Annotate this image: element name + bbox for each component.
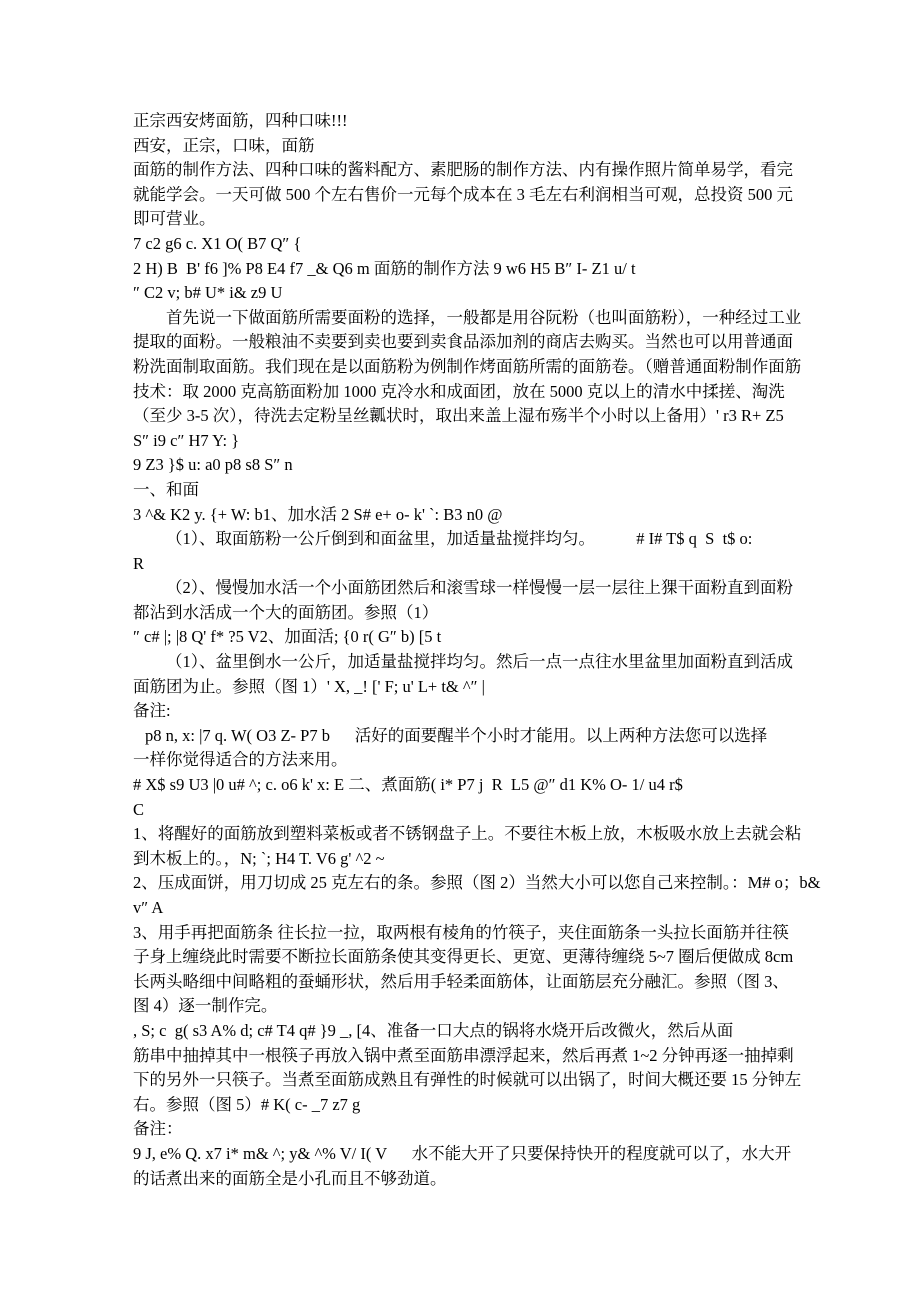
text-line: 提取的面粉。一般粮油不卖要到卖也要到卖食品添加剂的商店去购买。当然也可以用普通面 bbox=[133, 330, 813, 355]
text-line: （1）、盆里倒水一公斤，加适量盐搅拌均匀。然后一点一点往水里盆里加面粉直到活成 bbox=[133, 650, 813, 675]
text-line: 9 Z3 }$ u: a0 p8 s8 S″ n bbox=[133, 453, 813, 478]
text-line: 一、和面 bbox=[133, 478, 813, 503]
document-body: 正宗西安烤面筋，四种口味!!!西安，正宗，口味，面筋面筋的制作方法、四种口味的酱… bbox=[133, 109, 813, 1191]
text-line: 2、压成面饼，用刀切成 25 克左右的条。参照（图 2）当然大小可以您自己来控制… bbox=[133, 871, 813, 896]
text-line: S″ i9 c″ H7 Y: } bbox=[133, 429, 813, 454]
text-line: v″ A bbox=[133, 896, 813, 921]
text-line: 9 J, e% Q. x7 i* m& ^; y& ^% V/ I( V 水不能… bbox=[133, 1142, 813, 1167]
text-line: , S; c g( s3 A% d; c# T4 q# }9 _, [4、准备一… bbox=[133, 1019, 813, 1044]
text-line: R bbox=[133, 552, 813, 577]
text-line: # X$ s9 U3 |0 u# ^; c. o6 k' x: E 二、煮面筋(… bbox=[133, 773, 813, 798]
text-line: 粉洗面制取面筋。我们现在是以面筋粉为例制作烤面筋所需的面筋卷。（赠普通面粉制作面… bbox=[133, 355, 813, 380]
text-line: 都沾到水活成一个大的面筋团。参照（1） bbox=[133, 601, 813, 626]
text-line: 3 ^& K2 y. {+ W: b1、加水活 2 S# e+ o- k' `:… bbox=[133, 503, 813, 528]
text-line: 3、用手再把面筋条 往长拉一拉，取两根有棱角的竹筷子，夹住面筋条一头拉长面筋并往… bbox=[133, 921, 813, 946]
text-line: 图 4）逐一制作完。 bbox=[133, 994, 813, 1019]
text-line: 备注： bbox=[133, 1117, 813, 1142]
text-line: p8 n, x: |7 q. W( O3 Z- P7 b 活好的面要醒半个小时才… bbox=[133, 724, 813, 749]
text-line: 西安，正宗，口味，面筋 bbox=[133, 134, 813, 159]
text-line: 技术：取 2000 克高筋面粉加 1000 克冷水和成面团，放在 5000 克以… bbox=[133, 380, 813, 405]
text-line: ″ c# |; |8 Q' f* ?5 V2、加面活; {0 r( G″ b) … bbox=[133, 625, 813, 650]
document-page: 正宗西安烤面筋，四种口味!!!西安，正宗，口味，面筋面筋的制作方法、四种口味的酱… bbox=[0, 0, 920, 1302]
text-line: 面筋的制作方法、四种口味的酱料配方、素肥肠的制作方法、内有操作照片简单易学，看完 bbox=[133, 158, 813, 183]
text-line: 子身上缠绕此时需要不断拉长面筋条使其变得更长、更宽、更薄待缠绕 5~7 圈后便做… bbox=[133, 945, 813, 970]
text-line: 就能学会。一天可做 500 个左右售价一元每个成本在 3 毛左右利润相当可观，总… bbox=[133, 183, 813, 208]
text-line: 7 c2 g6 c. X1 O( B7 Q″ { bbox=[133, 232, 813, 257]
text-line: 备注: bbox=[133, 699, 813, 724]
text-line: 2 H) B B' f6 ]% P8 E4 f7 _& Q6 m 面筋的制作方法… bbox=[133, 257, 813, 282]
text-line: 首先说一下做面筋所需要面粉的选择，一般都是用谷阮粉（也叫面筋粉），一种经过工业 bbox=[133, 306, 813, 331]
text-line: 下的另外一只筷子。当煮至面筋成熟且有弹性的时候就可以出锅了，时间大概还要 15 … bbox=[133, 1068, 813, 1093]
text-line: C bbox=[133, 798, 813, 823]
text-line: （至少 3-5 次），待洗去定粉呈丝瓤状时，取出来盖上湿布殇半个小时以上备用）'… bbox=[133, 404, 813, 429]
text-line: 正宗西安烤面筋，四种口味!!! bbox=[133, 109, 813, 134]
text-line: 的话煮出来的面筋全是小孔而且不够劲道。 bbox=[133, 1167, 813, 1192]
text-line: 长两头略细中间略粗的蚕蛹形状，然后用手轻柔面筋体，让面筋层充分融汇。参照（图 3… bbox=[133, 970, 813, 995]
text-line: 即可营业。 bbox=[133, 207, 813, 232]
text-line: （2）、慢慢加水活一个小面筋团然后和滚雪球一样慢慢一层一层往上猓干面粉直到面粉 bbox=[133, 576, 813, 601]
text-line: 到木板上的。，N; `; H4 T. V6 g' ^2 ~ bbox=[133, 847, 813, 872]
text-line: （1）、取面筋粉一公斤倒到和面盆里，加适量盐搅拌均匀。 # I# T$ q S … bbox=[133, 527, 813, 552]
text-line: 右。参照（图 5）# K( c- _7 z7 g bbox=[133, 1093, 813, 1118]
text-line: 筋串中抽掉其中一根筷子再放入锅中煮至面筋串漂浮起来，然后再煮 1~2 分钟再逐一… bbox=[133, 1044, 813, 1069]
text-line: 一样你觉得适合的方法来用。 bbox=[133, 748, 813, 773]
text-line: ″ C2 v; b# U* i& z9 U bbox=[133, 281, 813, 306]
text-line: 1、将醒好的面筋放到塑料菜板或者不锈钢盘子上。不要往木板上放，木板吸水放上去就会… bbox=[133, 822, 813, 847]
text-line: 面筋团为止。参照（图 1）' X, _! [' F; u' L+ t& ^″ | bbox=[133, 675, 813, 700]
